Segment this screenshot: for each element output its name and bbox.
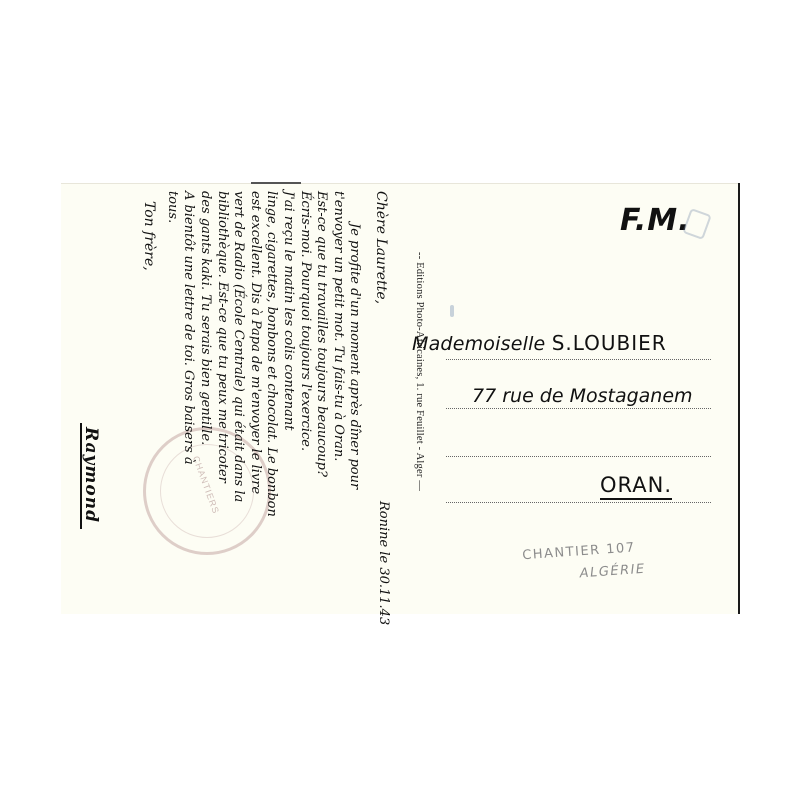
message-line: Est-ce que tu travailles toujours beauco… (313, 187, 330, 609)
message-closing: Ton frère, (141, 187, 158, 609)
signature: Raymond (80, 423, 99, 529)
edge-mark (251, 182, 301, 184)
pencil-annotation: CHANTIER 107 ALGÉRIE (522, 537, 647, 589)
message-line: est excellent. Dis à Papa de m'envoyer l… (246, 187, 263, 609)
postcard-back: CHANTIERS Chère Laurette, Je profite d'u… (61, 183, 740, 614)
message-line: A bientôt une lettre de toi. Gros baiser… (180, 187, 197, 609)
date-line: Ronine le 30.11.43 (371, 501, 391, 671)
message-line: t'envoyer un petit mot. Tu fais-tu à Ora… (329, 187, 346, 609)
recipient-surname: S.LOUBIER (552, 331, 667, 355)
recipient-name: Mademoiselle S.LOUBIER (412, 331, 667, 355)
message-line: des gants kaki. Tu serais bien gentille. (196, 187, 213, 609)
recipient-title: Mademoiselle (412, 333, 545, 355)
message-line: Je profite d'un moment après dîner pour (346, 187, 363, 609)
handwritten-message: Chère Laurette, Je profite d'un moment a… (69, 187, 389, 609)
address-line-1 (446, 359, 711, 360)
franchise-militaire-mark: F.M. (620, 203, 691, 238)
address-line-3 (446, 456, 711, 457)
recipient-city: ORAN. (600, 473, 672, 500)
ink-mark (450, 305, 454, 317)
publisher-line: -- Editions Photo-Africaines, 1. rue Feu… (411, 252, 425, 622)
message-line: bibliothèque. Est-ce que tu peux me tric… (213, 187, 230, 609)
address-line-2 (446, 408, 711, 409)
address-line-4 (446, 502, 711, 503)
message-line: J'ai reçu le matin les colis contenant (279, 187, 296, 609)
message-line: tous. (163, 187, 180, 609)
message-line: linge, cigarettes, bonbons et chocolat. … (263, 187, 280, 609)
recipient-street: 77 rue de Mostaganem (472, 385, 693, 407)
message-line: Écris-moi. Pourquoi toujours l'exercice. (296, 187, 313, 609)
message-line: vert de Radio (École Centrale) qui était… (230, 187, 247, 609)
